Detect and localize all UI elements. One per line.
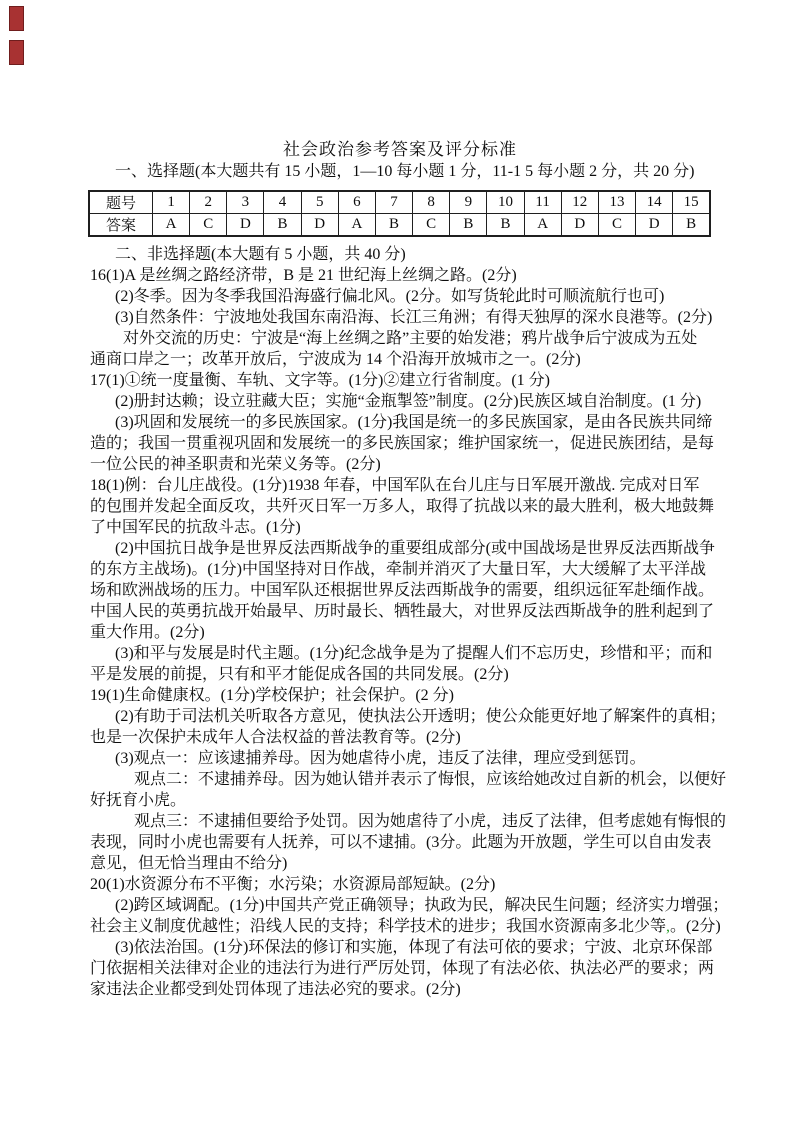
text-line: 16(1)A 是丝绸之路经济带，B 是 21 世纪海上丝绸之路。(2分) [90, 265, 710, 286]
text-line: 18(1)例：台儿庄战役。(1分)1938 年春，中国军队在台儿庄与日军展开激战… [90, 475, 710, 496]
answer-cell: C [413, 214, 450, 237]
text-line: (2)跨区域调配。(1分)中国共产党正确领导；执政为民，解决民生问题；经济实力增… [90, 895, 710, 916]
document-body: 社会政治参考答案及评分标准 一、选择题(本大题共有 15 小题，1—10 每小题… [0, 0, 794, 1000]
answer-cell: A [153, 214, 190, 237]
text-line: (2)中国抗日战争是世界反法西斯战争的重要组成部分(或中国战场是世界反法西斯战争 [90, 538, 710, 559]
text-line: (3)自然条件：宁波地处我国东南沿海、长江三角洲；有得天独厚的深水良港等。(2分… [90, 307, 710, 328]
question-number-cell: 15 [673, 191, 710, 214]
answer-cell: B [264, 214, 301, 237]
text-line: 二、非选择题(本大题有 5 小题，共 40 分) [90, 244, 710, 265]
answer-row: 答案ACDBDABCBBADCDB [89, 214, 710, 237]
answer-cell: D [561, 214, 598, 237]
question-number-cell: 6 [338, 191, 375, 214]
question-number-cell: 4 [264, 191, 301, 214]
question-number-cell: 10 [487, 191, 524, 214]
question-number-cell: 3 [227, 191, 264, 214]
text-line: 的包围并发起全面反攻，共歼灭日军一万多人，取得了抗战以来的最大胜利，极大地鼓舞 [90, 496, 710, 517]
text-line: 20(1)水资源分布不平衡；水污染；水资源局部短缺。(2分) [90, 874, 710, 895]
text-line: 造的；我国一贯重视巩固和发展统一的多民族国家；维护国家统一，促进民族团结，是每 [90, 433, 710, 454]
answer-cell: B [673, 214, 710, 237]
question-number-cell: 7 [375, 191, 412, 214]
text-line: (3)观点一：应该逮捕养母。因为她虐待小虎，违反了法律，理应受到惩罚。 [90, 748, 710, 769]
text-line: 表现，同时小虎也需要有人抚养，可以不逮捕。(3分。此题为开放题，学生可以自由发表 [90, 832, 710, 853]
text-line: (2)有助于司法机关听取各方意见，使执法公开透明；使公众能更好地了解案件的真相； [90, 706, 710, 727]
row-label-cell: 答案 [89, 214, 153, 237]
answer-cell: B [487, 214, 524, 237]
question-number-cell: 8 [413, 191, 450, 214]
answer-cell: B [450, 214, 487, 237]
question-number-cell: 2 [190, 191, 227, 214]
answer-cell: C [190, 214, 227, 237]
document-page: 社会政治参考答案及评分标准 一、选择题(本大题共有 15 小题，1—10 每小题… [0, 0, 794, 1123]
section-1-heading: 一、选择题(本大题共有 15 小题，1—10 每小题 1 分，11-1 5 每小… [90, 161, 710, 182]
text-line: 对外交流的历史：宁波是“海上丝绸之路”主要的始发港；鸦片战争后宁波成为五处 [90, 328, 710, 349]
answer-cell: A [338, 214, 375, 237]
text-line: 家违法企业都受到处罚体现了违法必究的要求。(2分) [90, 979, 710, 1000]
answer-cell: A [524, 214, 561, 237]
row-label-cell: 题号 [89, 191, 153, 214]
page-title: 社会政治参考答案及评分标准 [90, 139, 710, 161]
answer-cell: D [301, 214, 338, 237]
question-number-cell: 1 [153, 191, 190, 214]
text-line: 门依据相关法律对企业的违法行为进行严厉处罚，体现了有法必依、执法必严的要求；两 [90, 958, 710, 979]
question-number-cell: 11 [524, 191, 561, 214]
text-line: 17(1)①统一度量衡、车轨、文字等。(1分)②建立行省制度。(1 分) [90, 370, 710, 391]
answer-table: 题号123456789101112131415答案ACDBDABCBBADCDB [88, 190, 711, 237]
answer-text-block: 二、非选择题(本大题有 5 小题，共 40 分)16(1)A 是丝绸之路经济带，… [90, 244, 710, 1000]
text-line: 场和欧洲战场的压力。中国军队还根据世界反法西斯战争的需要，组织远征军赴缅作战。 [90, 580, 710, 601]
question-number-cell: 9 [450, 191, 487, 214]
text-line: 观点二：不逮捕养母。因为她认错并表示了悔恨，应该给她改过自新的机会，以便好 [90, 769, 710, 790]
text-line: 好抚育小虎。 [90, 790, 710, 811]
text-line: 意见，但无恰当理由不给分) [90, 853, 710, 874]
text-line: (3)巩固和发展统一的多民族国家。(1分)我国是统一的多民族国家，是由各民族共同… [90, 412, 710, 433]
text-line: 了中国军民的抗敌斗志。(1分) [90, 517, 710, 538]
text-line: (3)依法治国。(1分)环保法的修订和实施，体现了有法可依的要求；宁波、北京环保… [90, 937, 710, 958]
text-line: 也是一次保护未成年人合法权益的普法教育等。(2分) [90, 727, 710, 748]
text-line: (2)册封达赖；设立驻藏大臣；实施“金瓶掣签”制度。(2分)民族区域自治制度。(… [90, 391, 710, 412]
question-number-row: 题号123456789101112131415 [89, 191, 710, 214]
question-number-cell: 14 [636, 191, 673, 214]
text-line: 19(1)生命健康权。(1分)学校保护；社会保护。(2 分) [90, 685, 710, 706]
text-line: 的东方主战场)。(1分)中国坚持对日作战，牵制并消灭了大量日军，大大缓解了太平洋… [90, 559, 710, 580]
answer-cell: D [227, 214, 264, 237]
text-line: 中国人民的英勇抗战开始最早、历时最长、牺牲最大，对世界反法西斯战争的胜利起到了 [90, 601, 710, 622]
answer-cell: C [598, 214, 635, 237]
text-line: (3)和平与发展是时代主题。(1分)纪念战争是为了提醒人们不忘历史，珍惜和平；而… [90, 643, 710, 664]
text-line: 通商口岸之一；改革开放后，宁波成为 14 个沿海开放城市之一。(2分) [90, 349, 710, 370]
question-number-cell: 5 [301, 191, 338, 214]
question-number-cell: 13 [598, 191, 635, 214]
text-line: (2)冬季。因为冬季我国沿海盛行偏北风。(2分。如写货轮此时可顺流航行也可) [90, 286, 710, 307]
question-number-cell: 12 [561, 191, 598, 214]
text-line: 观点三：不逮捕但要给予处罚。因为她虐待了小虎，违反了法律，但考虑她有悔恨的 [90, 811, 710, 832]
answer-cell: B [375, 214, 412, 237]
text-line: 平是发展的前提，只有和平才能促成各国的共同发展。(2分) [90, 664, 710, 685]
answer-cell: D [636, 214, 673, 237]
text-segment: 。(2分) [670, 918, 721, 935]
text-segment: 社会主义制度优越性；沿线人民的支持；科学技术的进步；我国水资源南多北少等 [90, 918, 666, 935]
text-line: 社会主义制度优越性；沿线人民的支持；科学技术的进步；我国水资源南多北少等,。(2… [90, 916, 710, 937]
text-line: 一位公民的神圣职责和光荣义务等。(2分) [90, 454, 710, 475]
text-line: 重大作用。(2分) [90, 622, 710, 643]
